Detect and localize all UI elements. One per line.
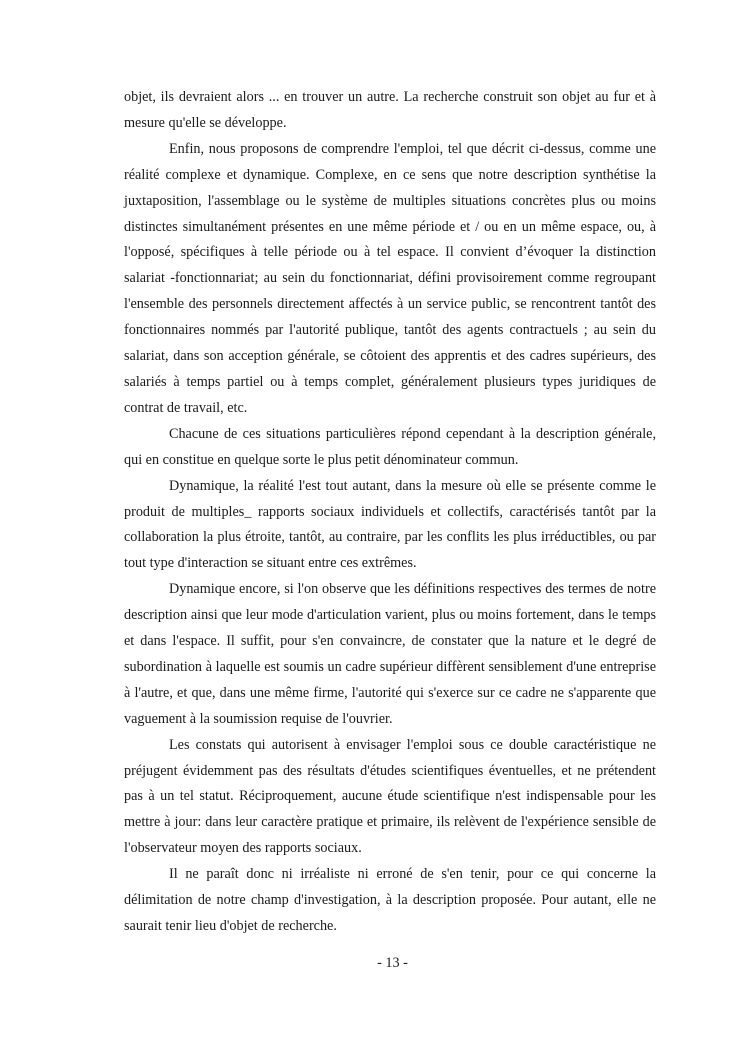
paragraph-conclusion: Il ne paraît donc ni irréaliste ni erron… [124, 862, 656, 940]
document-page-body: objet, ils devraient alors ... en trouve… [124, 85, 656, 940]
paragraph-dynamic: Dynamique, la réalité l'est tout autant,… [124, 474, 656, 578]
paragraph-continuation: objet, ils devraient alors ... en trouve… [124, 85, 656, 137]
paragraph-common-denominator: Chacune de ces situations particulières … [124, 422, 656, 474]
paragraph-dynamic-encore: Dynamique encore, si l'on observe que le… [124, 577, 656, 732]
paragraph-constats: Les constats qui autorisent à envisager … [124, 733, 656, 863]
paragraph-complexity: Enfin, nous proposons de comprendre l'em… [124, 137, 656, 422]
page-number: - 13 - [0, 955, 745, 972]
